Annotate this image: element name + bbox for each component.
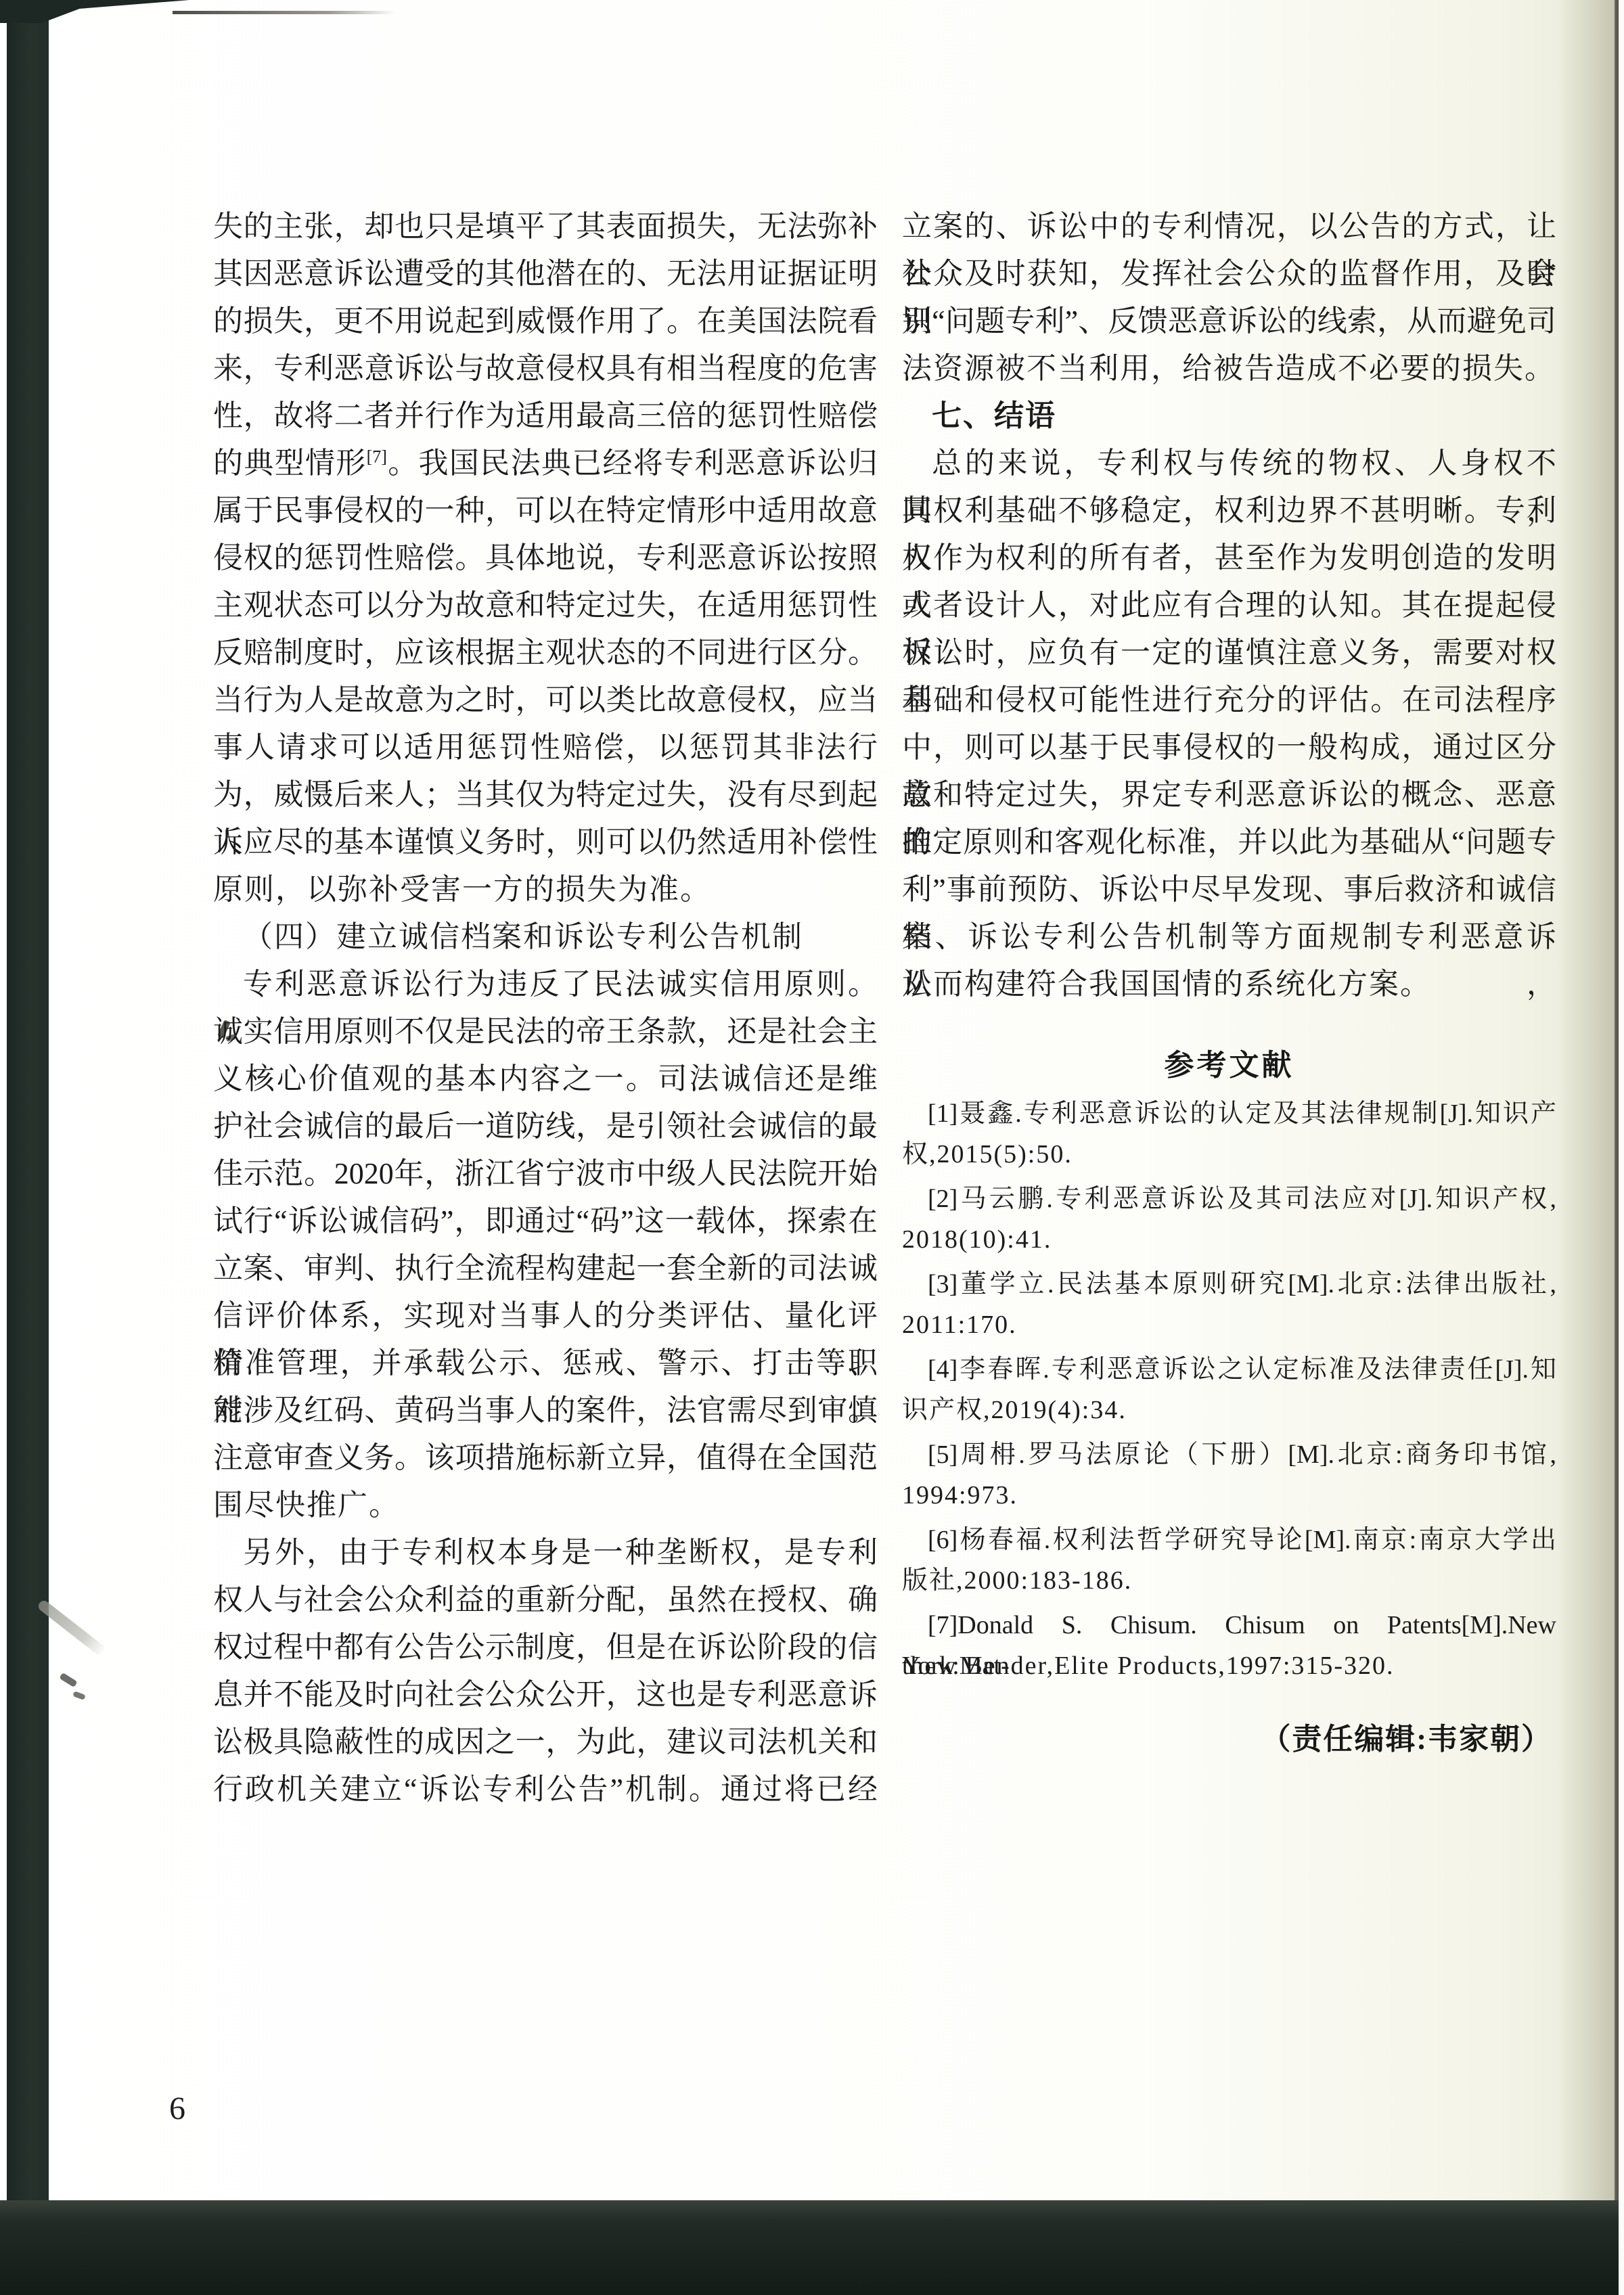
- body-text-line: 基础和侵权可能性进行充分的评估。在司法程序: [902, 677, 1556, 724]
- body-text-line: 失的主张，却也只是填平了其表面损失，无法弥补: [213, 203, 878, 250]
- right-column: 立案的、诉讼中的专利情况，以公告的方式，让社会公众及时获知，发挥社会公众的监督作…: [902, 203, 1556, 1763]
- body-text-line: 义核心价值观的基本内容之一。司法诚信还是维: [213, 1055, 878, 1103]
- body-text-line: 的损失，更不用说起到威慑作用了。在美国法院看: [213, 298, 878, 345]
- body-text-line: 的典型情形[7]。我国民法典已经将专利恶意诉讼归: [213, 440, 878, 487]
- body-text-line: 公众及时获知，发挥社会公众的监督作用，及时识: [902, 250, 1556, 298]
- body-text-line: 别“问题专利”、反馈恶意诉讼的线索，从而避免司: [902, 298, 1556, 345]
- body-text-line: 人应尽的基本谨慎义务时，则可以仍然适用补偿性: [213, 819, 878, 866]
- body-text-line: 案、诉讼专利公告机制等方面规制专利恶意诉讼，: [902, 913, 1556, 961]
- references-title: 参考文献: [902, 1042, 1556, 1089]
- body-text-line: 息并不能及时向社会公众公开，这也是专利恶意诉: [213, 1671, 878, 1719]
- body-text-line: 为，威慑后来人；当其仅为特定过失，没有尽到起诉: [213, 771, 878, 819]
- body-text-line: 总的来说，专利权与传统的物权、人身权不同，: [902, 440, 1556, 487]
- right-column-body: 立案的、诉讼中的专利情况，以公告的方式，让社会公众及时获知，发挥社会公众的监督作…: [902, 203, 1556, 1008]
- body-text-line: 护社会诚信的最后一道防线，是引领社会诚信的最: [213, 1103, 878, 1150]
- body-text-line: 另外，由于专利权本身是一种垄断权，是专利: [213, 1529, 878, 1576]
- body-text-line: 属于民事侵权的一种，可以在特定情形中适用故意: [213, 487, 878, 535]
- scan-right-shadow: [1558, 0, 1615, 2295]
- reference-line: 权,2015(5):50.: [902, 1134, 1556, 1175]
- scan-right-white-strip: [1619, 0, 1624, 2295]
- references-list: [1]聂鑫.专利恶意诉讼的认定及其法律规制[J].知识产权,2015(5):50…: [902, 1093, 1556, 1686]
- reference-line: [3]董学立.民法基本原则研究[M].北京:法律出版社,: [902, 1264, 1556, 1304]
- body-text-line: 侵权的惩罚性赔偿。具体地说，专利恶意诉讼按照: [213, 535, 878, 582]
- body-text-line: 事人请求可以适用惩罚性赔偿，以惩罚其非法行: [213, 724, 878, 771]
- body-text-line: 对涉及红码、黄码当事人的案件，法官需尽到审慎: [213, 1387, 878, 1434]
- body-text-line: 讼极具隐蔽性的成因之一，为此，建议司法机关和: [213, 1719, 878, 1766]
- reference-line: 版社,2000:183-186.: [902, 1560, 1556, 1601]
- reference-line: [7]Donald S. Chisum. Chisum on Patents[M…: [902, 1605, 1556, 1645]
- body-text-line: 诉讼时，应负有一定的谨慎注意义务，需要对权利: [902, 629, 1556, 677]
- scan-ink-fleck: [59, 1673, 77, 1687]
- body-text-line: 来，专利恶意诉讼与故意侵权具有相当程度的危害: [213, 345, 878, 392]
- body-text-line: 主观状态可以分为故意和特定过失，在适用惩罚性: [213, 582, 878, 629]
- reference-line: [2]马云鹏.专利恶意诉讼及其司法应对[J].知识产权,: [902, 1179, 1556, 1219]
- body-text-line: 其权利基础不够稳定，权利边界不甚明晰。专利权: [902, 487, 1556, 535]
- body-text-line: 诚实信用原则不仅是民法的帝王条款，还是社会主: [213, 1008, 878, 1055]
- body-text-line: 七、结语: [902, 392, 1556, 440]
- page-number: 6: [169, 2085, 185, 2133]
- body-text-line: 利”事前预防、诉讼中尽早发现、事后救济和诚信档: [902, 866, 1556, 913]
- body-text-line: 注意审查义务。该项措施标新立异，值得在全国范: [213, 1434, 878, 1482]
- scan-topleft-wedge: [0, 0, 189, 23]
- body-text-line: 推定原则和客观化标准，并以此为基础从“问题专: [902, 819, 1556, 866]
- scan-ink-fleck: [72, 1691, 86, 1700]
- body-text-line: 反赔制度时，应该根据主观状态的不同进行区分。: [213, 629, 878, 677]
- body-text-line: 佳示范。2020年，浙江省宁波市中级人民法院开始: [213, 1150, 878, 1198]
- reference-line: [1]聂鑫.专利恶意诉讼的认定及其法律规制[J].知识产: [902, 1093, 1556, 1134]
- body-text-line: 权过程中都有公告公示制度，但是在诉讼阶段的信: [213, 1624, 878, 1671]
- body-text-line: 性，故将二者并行作为适用最高三倍的惩罚性赔偿: [213, 392, 878, 440]
- reference-line: [6]杨春福.权利法哲学研究导论[M].南京:南京大学出: [902, 1520, 1556, 1560]
- body-text-line: 行政机关建立“诉讼专利公告”机制。通过将已经: [213, 1766, 878, 1813]
- body-text-line: 或者设计人，对此应有合理的认知。其在提起侵权: [902, 582, 1556, 629]
- reference-line: 1994:973.: [902, 1475, 1556, 1516]
- body-text-line: 中，则可以基于民事侵权的一般构成，通过区分故: [902, 724, 1556, 771]
- reference-line: [5]周枏.罗马法原论（下册）[M].北京:商务印书馆,: [902, 1434, 1556, 1475]
- body-text-line: 意和特定过失，界定专利恶意诉讼的概念、恶意的: [902, 771, 1556, 819]
- reference-line: 2018(10):41.: [902, 1219, 1556, 1260]
- body-text-line: 人作为权利的所有者，甚至作为发明创造的发明人: [902, 535, 1556, 582]
- reference-line: [4]李春晖.专利恶意诉讼之认定标准及法律责任[J].知: [902, 1349, 1556, 1390]
- reference-line: thew Bender,Elite Products,1997:315-320.: [902, 1645, 1556, 1686]
- scanned-paper-page: 失的主张，却也只是填平了其表面损失，无法弥补其因恶意诉讼遭受的其他潜在的、无法用…: [0, 0, 1624, 2295]
- body-text-line: 精准管理，并承载公示、惩戒、警示、打击等职能。: [213, 1340, 878, 1387]
- left-column: 失的主张，却也只是填平了其表面损失，无法弥补其因恶意诉讼遭受的其他潜在的、无法用…: [213, 203, 878, 1813]
- body-text-line: 围尽快推广。: [213, 1482, 878, 1529]
- body-text-line: 试行“诉讼诚信码”，即通过“码”这一载体，探索在: [213, 1198, 878, 1245]
- body-text-line: 权人与社会公众利益的重新分配，虽然在授权、确: [213, 1576, 878, 1624]
- body-text-line: 其因恶意诉讼遭受的其他潜在的、无法用证据证明: [213, 250, 878, 298]
- body-text-line: 当行为人是故意为之时，可以类比故意侵权，应当: [213, 677, 878, 724]
- body-text-line: 信评价体系，实现对当事人的分类评估、量化评价、: [213, 1292, 878, 1340]
- body-text-line: 立案、审判、执行全流程构建起一套全新的司法诚: [213, 1245, 878, 1292]
- body-text-line: 法资源被不当利用，给被告造成不必要的损失。: [902, 345, 1556, 392]
- reference-line: 识产权,2019(4):34.: [902, 1390, 1556, 1430]
- scan-top-edge-line: [173, 11, 396, 14]
- body-text-line: 专利恶意诉讼行为违反了民法诚实信用原则。: [213, 961, 878, 1008]
- editor-note: （责任编辑:韦家朝）: [902, 1716, 1556, 1763]
- scan-left-black-bar: [7, 8, 49, 2248]
- reference-line: 2011:170.: [902, 1304, 1556, 1345]
- body-text-line: 立案的、诉讼中的专利情况，以公告的方式，让社会: [902, 203, 1556, 250]
- footnote-marker: [7]: [367, 447, 387, 466]
- body-text-line: 原则，以弥补受害一方的损失为准。: [213, 866, 878, 913]
- scan-bottom-black-band: [0, 2200, 1619, 2295]
- body-text-line: （四）建立诚信档案和诉讼专利公告机制: [213, 913, 878, 961]
